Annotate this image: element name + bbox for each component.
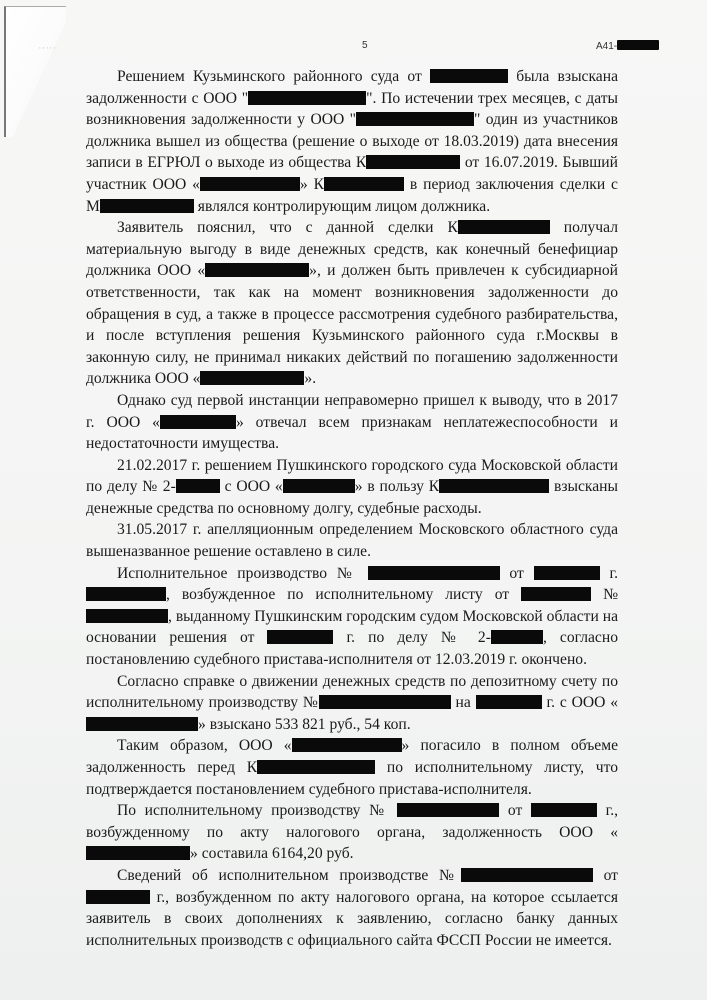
redaction-block (430, 69, 508, 83)
paragraph-p2: Заявитель пояснил, что с данной сделки К… (86, 217, 618, 390)
text-segment: г. по делу № 2- (333, 629, 490, 646)
text-segment: Исполнительное производство № (117, 565, 368, 582)
paragraph-p4: 21.02.2017 г. решением Пушкинского город… (86, 455, 618, 520)
paragraph-p6: Исполнительное производство № от г. , во… (86, 563, 618, 671)
text-segment: от (500, 565, 534, 582)
text-segment: 31.05.2017 г. апелляционным определением… (86, 521, 618, 560)
text-segment: Заявитель пояснил, что с данной сделки К (117, 219, 458, 236)
redaction-block (86, 717, 198, 731)
redaction-block (176, 479, 220, 493)
document-page: ····· 5 А41- Решением Кузьминского район… (0, 0, 707, 1000)
redaction-block (100, 199, 194, 213)
text-segment: г. с ООО « (542, 694, 618, 711)
redaction-block (205, 263, 309, 277)
redaction-block (86, 846, 190, 860)
redaction-block (283, 479, 355, 493)
text-segment: Решением Кузьминского районного суда от (117, 68, 430, 85)
text-segment: » К (300, 176, 324, 193)
text-segment: , возбужденное по исполнительному листу … (166, 586, 521, 603)
text-segment: Сведений об исполнительном производстве … (117, 867, 461, 884)
text-segment: от (499, 802, 531, 819)
text-segment: на (451, 694, 476, 711)
text-segment: », и должен быть привлечен к субсидиарно… (86, 262, 618, 387)
text-segment: г., возбужденном по акту налогового орга… (86, 889, 618, 949)
redaction-block (397, 803, 499, 817)
redaction-block (257, 760, 375, 774)
redaction-block (617, 40, 659, 50)
paragraph-p9: По исполнительному производству № от г.,… (86, 800, 618, 865)
text-segment: ». (304, 370, 316, 387)
paragraph-p3: Однако суд первой инстанции неправомерно… (86, 390, 618, 455)
redaction-block (200, 177, 300, 191)
redaction-block (248, 91, 366, 105)
redaction-block (534, 566, 600, 580)
redaction-block (267, 630, 333, 644)
paragraph-p7: Согласно справке о движении денежных сре… (86, 671, 618, 736)
paragraph-p10: Сведений об исполнительном производстве … (86, 865, 618, 951)
text-segment: По исполнительному производству № (117, 802, 397, 819)
paragraph-p8: Таким образом, ООО «» погасило в полном … (86, 735, 618, 800)
redaction-block (160, 415, 236, 429)
redaction-block (86, 587, 166, 601)
paragraph-p1: Решением Кузьминского районного суда от … (86, 66, 618, 217)
redaction-block (324, 177, 404, 191)
text-segment: » составила 6164,20 руб. (190, 845, 354, 862)
document-body: Решением Кузьминского районного суда от … (86, 66, 618, 951)
case-number-prefix: А41- (596, 41, 617, 52)
redaction-block (491, 630, 543, 644)
redaction-block (439, 479, 549, 493)
redaction-block (86, 609, 168, 623)
redaction-block (461, 868, 593, 882)
redaction-block (521, 587, 591, 601)
text-segment: » в пользу К (355, 478, 439, 495)
redaction-block (366, 155, 460, 169)
text-segment: с ООО « (220, 478, 283, 495)
folded-corner (4, 6, 66, 137)
redaction-block (356, 112, 474, 126)
redaction-block (292, 738, 402, 752)
redaction-block (368, 566, 500, 580)
text-segment: » взыскано 533 821 руб., 54 коп. (198, 716, 411, 733)
redaction-block (86, 890, 150, 904)
page-number: 5 (362, 40, 368, 51)
text-segment: г. (600, 565, 618, 582)
text-segment: № (591, 586, 618, 603)
text-segment: Таким образом, ООО « (117, 737, 292, 754)
page-header: 5 А41- (0, 40, 707, 56)
text-segment: от (593, 867, 618, 884)
case-number: А41- (596, 40, 659, 52)
redaction-block (476, 695, 542, 709)
redaction-block (531, 803, 597, 817)
text-segment: являлся контролирующим лицом должника. (194, 198, 490, 215)
redaction-block (319, 695, 451, 709)
redaction-block (458, 220, 550, 234)
redaction-block (200, 371, 304, 385)
paragraph-p5: 31.05.2017 г. апелляционным определением… (86, 519, 618, 562)
